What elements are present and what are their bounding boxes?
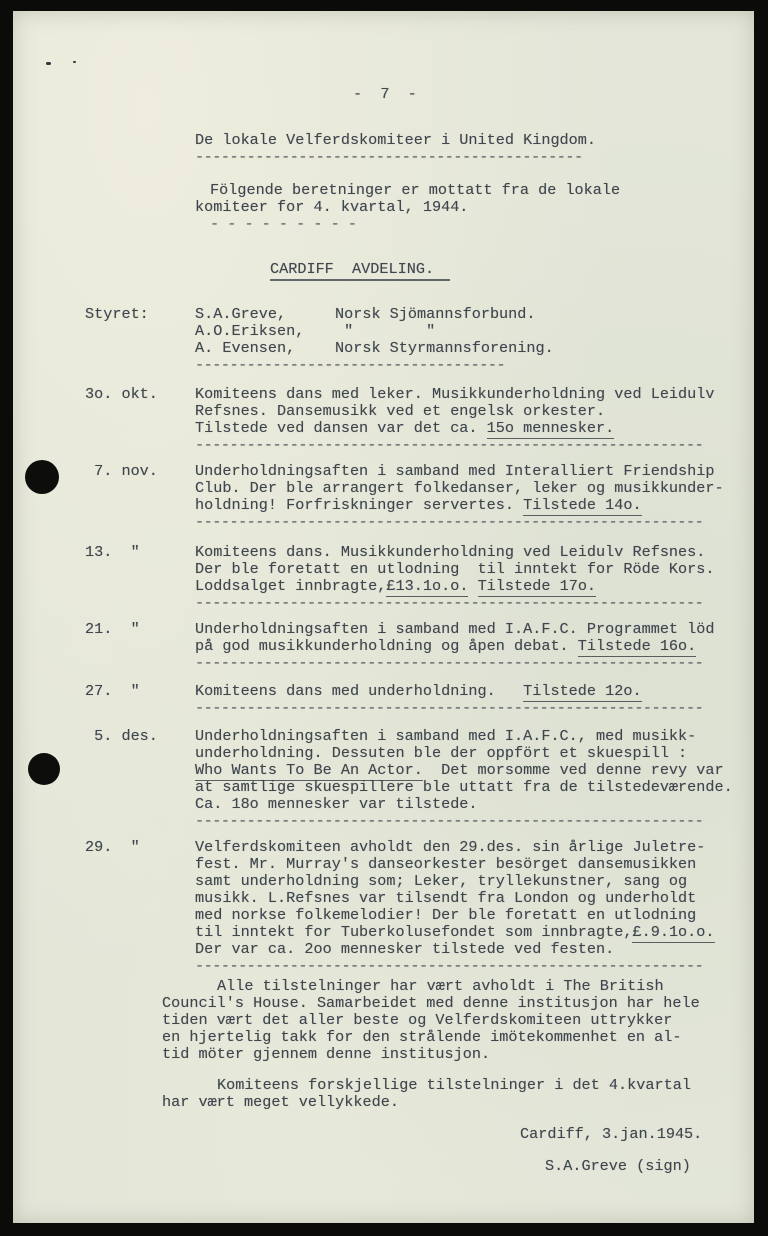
- signoff-signature: S.A.Greve (sign): [545, 1158, 753, 1175]
- entry-date: 27. ": [85, 683, 195, 717]
- text-line: Loddsalget innbragte,£13.1o.o. Tilstede …: [195, 578, 753, 595]
- text-segment: til inntekt for Tuberkolusefondet som in…: [195, 923, 632, 941]
- text-line: Der ble foretatt en utlodning til inntek…: [195, 561, 753, 578]
- text-line: Ca. 18o mennesker var tilstede.: [195, 796, 753, 813]
- entry-date: 13. ": [85, 544, 195, 612]
- text-line: Refsnes. Dansemusikk ved et engelsk orke…: [195, 403, 753, 420]
- document-content: - 7 - De lokale Velferdskomiteer i Unite…: [85, 0, 753, 1175]
- text-line: Der var ca. 2oo mennesker tilstede ved f…: [195, 941, 753, 958]
- text-line: Underholdningsaften i samband med I.A.F.…: [195, 621, 753, 638]
- punch-hole-bottom: [28, 753, 60, 785]
- text-line: på god musikkunderholdning og åpen debat…: [195, 638, 753, 655]
- text-segment: Tilstede ved dansen var det ca.: [195, 419, 487, 437]
- entry-body: Underholdningsaften i samband med Intera…: [195, 463, 753, 531]
- text-line: Komiteens dans med underholdning. Tilste…: [195, 683, 753, 700]
- text-line: Underholdningsaften i samband med I.A.F.…: [195, 728, 753, 745]
- text-segment: Loddsalget innbragte,: [195, 577, 386, 595]
- board-member-name: A.O.Eriksen,: [195, 323, 335, 340]
- document-title: De lokale Velferdskomiteer i United King…: [195, 132, 753, 149]
- text-line: samt underholdning som; Leker, tryllekun…: [195, 873, 753, 890]
- text-line: Council's House. Samarbeidet med denne i…: [162, 995, 753, 1012]
- board-member-org: Norsk Styrmannsforening.: [335, 340, 753, 357]
- board-list: Styret: S.A.Greve, Norsk Sjömannsforbund…: [85, 306, 753, 374]
- board-member-name: A. Evensen,: [195, 340, 335, 357]
- text-line: Komiteens dans med leker. Musikkunderhol…: [195, 386, 753, 403]
- text-segment: Refsnes. Dansemusikk ved et engelsk orke…: [195, 402, 605, 420]
- text-line: Club. Der ble arrangert folkedanser, lek…: [195, 480, 753, 497]
- entry-body: Underholdningsaften i samband med I.A.F.…: [195, 728, 753, 830]
- separator-rule: ----------------------------------------…: [195, 595, 753, 612]
- entry-row: 29. " Velferdskomiteen avholdt den 29.de…: [85, 839, 753, 975]
- text-segment: Der ble foretatt en utlodning til inntek…: [195, 560, 715, 578]
- text-segment: Underholdningsaften i samband med Intera…: [195, 462, 715, 480]
- page-number: - 7 -: [353, 86, 753, 103]
- entry-body: Velferdskomiteen avholdt den 29.des. sin…: [195, 839, 753, 975]
- text-line: komiteer for 4. kvartal, 1944.: [195, 199, 753, 216]
- text-line: fest. Mr. Murray's danseorkester besörge…: [195, 856, 753, 873]
- text-line: underholdning. Dessuten ble der oppfört …: [195, 745, 753, 762]
- separator-rule: ------------------------------------: [195, 357, 753, 374]
- entry-row: 7. nov. Underholdningsaften i samband me…: [85, 463, 753, 531]
- text-line: Komiteens forskjellige tilstelninger i d…: [162, 1077, 753, 1094]
- text-segment: på god musikkunderholdning og åpen debat…: [195, 637, 578, 655]
- entry-date: 7. nov.: [85, 463, 195, 531]
- ink-speck: [46, 62, 51, 65]
- separator-rule: ----------------------------------------…: [195, 514, 753, 531]
- text-line: Alle tilstelninger har vært avholdt i Th…: [162, 978, 753, 995]
- document-title-block: De lokale Velferdskomiteer i United King…: [195, 132, 753, 166]
- entry-date: 29. ": [85, 839, 195, 975]
- board-label: Styret:: [85, 306, 195, 323]
- board-row: Styret: S.A.Greve, Norsk Sjömannsforbund…: [85, 306, 753, 323]
- separator-rule: ----------------------------------------…: [195, 437, 753, 454]
- text-segment: Underholdningsaften i samband med I.A.F.…: [195, 727, 696, 745]
- punch-hole-top: [25, 460, 59, 494]
- entry-date: 3o. okt.: [85, 386, 195, 454]
- entry-row: 13. " Komiteens dans. Musikkunderholdnin…: [85, 544, 753, 612]
- text-segment: underholdning. Dessuten ble der oppfört …: [195, 744, 687, 762]
- text-line: Who Wants To Be An Actor. Det morsomme v…: [195, 762, 753, 779]
- text-segment: Komiteens dans med underholdning.: [195, 682, 523, 700]
- board-row: A. Evensen, Norsk Styrmannsforening.: [85, 340, 753, 357]
- board-member-org: Norsk Sjömannsforbund.: [335, 306, 753, 323]
- separator-rule: ----------------------------------------…: [195, 813, 753, 830]
- entry-body: Komiteens dans med underholdning. Tilste…: [195, 683, 753, 717]
- entry-row: 5. des. Underholdningsaften i samband me…: [85, 728, 753, 830]
- signoff-place-date: Cardiff, 3.jan.1945.: [520, 1126, 753, 1143]
- text-segment: musikk. L.Refsnes var tilsendt fra Londo…: [195, 889, 696, 907]
- entry-body: Underholdningsaften i samband med I.A.F.…: [195, 621, 753, 672]
- board-member-org: " ": [335, 323, 753, 340]
- entry-body: Komiteens dans. Musikkunderholdning ved …: [195, 544, 753, 612]
- section-heading: CARDIFF AVDELING.: [270, 261, 450, 281]
- text-segment: holdning! Forfriskninger servertes.: [195, 496, 523, 514]
- text-segment: samt underholdning som; Leker, tryllekun…: [195, 872, 687, 890]
- text-line: har vært meget vellykkede.: [162, 1094, 753, 1111]
- entry-date: 5. des.: [85, 728, 195, 830]
- closing-paragraph: Komiteens forskjellige tilstelninger i d…: [162, 1077, 753, 1111]
- intro-rule: - - - - - - - - -: [195, 216, 753, 233]
- underlined-text: £.9.1o.o.: [632, 923, 714, 943]
- scanned-document: { "page": { "number": "- 7 -" }, "header…: [0, 0, 768, 1236]
- board-member-name: S.A.Greve,: [195, 306, 335, 323]
- ink-speck: [73, 61, 76, 63]
- text-line: at samtlige skuespillere ble uttatt fra …: [195, 779, 753, 796]
- entry-date: 21. ": [85, 621, 195, 672]
- separator-rule: ----------------------------------------…: [195, 958, 753, 975]
- text-line: holdning! Forfriskninger servertes. Tils…: [195, 497, 753, 514]
- text-line: Tilstede ved dansen var det ca. 15o menn…: [195, 420, 753, 437]
- intro-paragraph: Fölgende beretninger er mottatt fra de l…: [195, 182, 753, 233]
- text-segment: Club. Der ble arrangert folkedanser, lek…: [195, 479, 724, 497]
- text-segment: Der var ca. 2oo mennesker tilstede ved f…: [195, 940, 614, 958]
- text-segment: Komiteens dans med leker. Musikkunderhol…: [195, 385, 715, 403]
- board-row: A.O.Eriksen, " ": [85, 323, 753, 340]
- text-segment: Underholdningsaften i samband med I.A.F.…: [195, 620, 715, 638]
- section-heading-wrap: CARDIFF AVDELING.: [270, 261, 753, 281]
- separator-rule: ----------------------------------------…: [195, 700, 753, 717]
- text-segment: med norkse folkemelodier! Der ble foreta…: [195, 906, 696, 924]
- text-segment: Velferdskomiteen avholdt den 29.des. sin…: [195, 838, 705, 856]
- entry-row: 21. " Underholdningsaften i samband med …: [85, 621, 753, 672]
- text-line: tiden vært det aller beste og Velferdsko…: [162, 1012, 753, 1029]
- text-line: tid möter gjennem denne institusjon.: [162, 1046, 753, 1063]
- text-line: Komiteens dans. Musikkunderholdning ved …: [195, 544, 753, 561]
- text-line: Velferdskomiteen avholdt den 29.des. sin…: [195, 839, 753, 856]
- entry-body: Komiteens dans med leker. Musikkunderhol…: [195, 386, 753, 454]
- text-segment: Ca. 18o mennesker var tilstede.: [195, 795, 478, 813]
- entry-row: 27. " Komiteens dans med underholdning. …: [85, 683, 753, 717]
- text-line: Fölgende beretninger er mottatt fra de l…: [195, 182, 753, 199]
- text-segment: fest. Mr. Murray's danseorkester besörge…: [195, 855, 696, 873]
- text-segment: [468, 577, 477, 595]
- text-segment: Det morsomme ved denne revy var: [423, 761, 724, 779]
- text-line: Underholdningsaften i samband med Intera…: [195, 463, 753, 480]
- separator-rule: ----------------------------------------…: [195, 655, 753, 672]
- text-line: med norkse folkemelodier! Der ble foreta…: [195, 907, 753, 924]
- text-line: musikk. L.Refsnes var tilsendt fra Londo…: [195, 890, 753, 907]
- text-line: til inntekt for Tuberkolusefondet som in…: [195, 924, 753, 941]
- closing-paragraph: Alle tilstelninger har vært avholdt i Th…: [162, 978, 753, 1063]
- text-segment: Komiteens dans. Musikkunderholdning ved …: [195, 543, 705, 561]
- text-line: en hjertelig takk for den strålende imöt…: [162, 1029, 753, 1046]
- text-segment: at samtlige skuespillere ble uttatt fra …: [195, 778, 733, 796]
- entry-row: 3o. okt. Komiteens dans med leker. Musik…: [85, 386, 753, 454]
- title-rule: ----------------------------------------…: [195, 149, 753, 166]
